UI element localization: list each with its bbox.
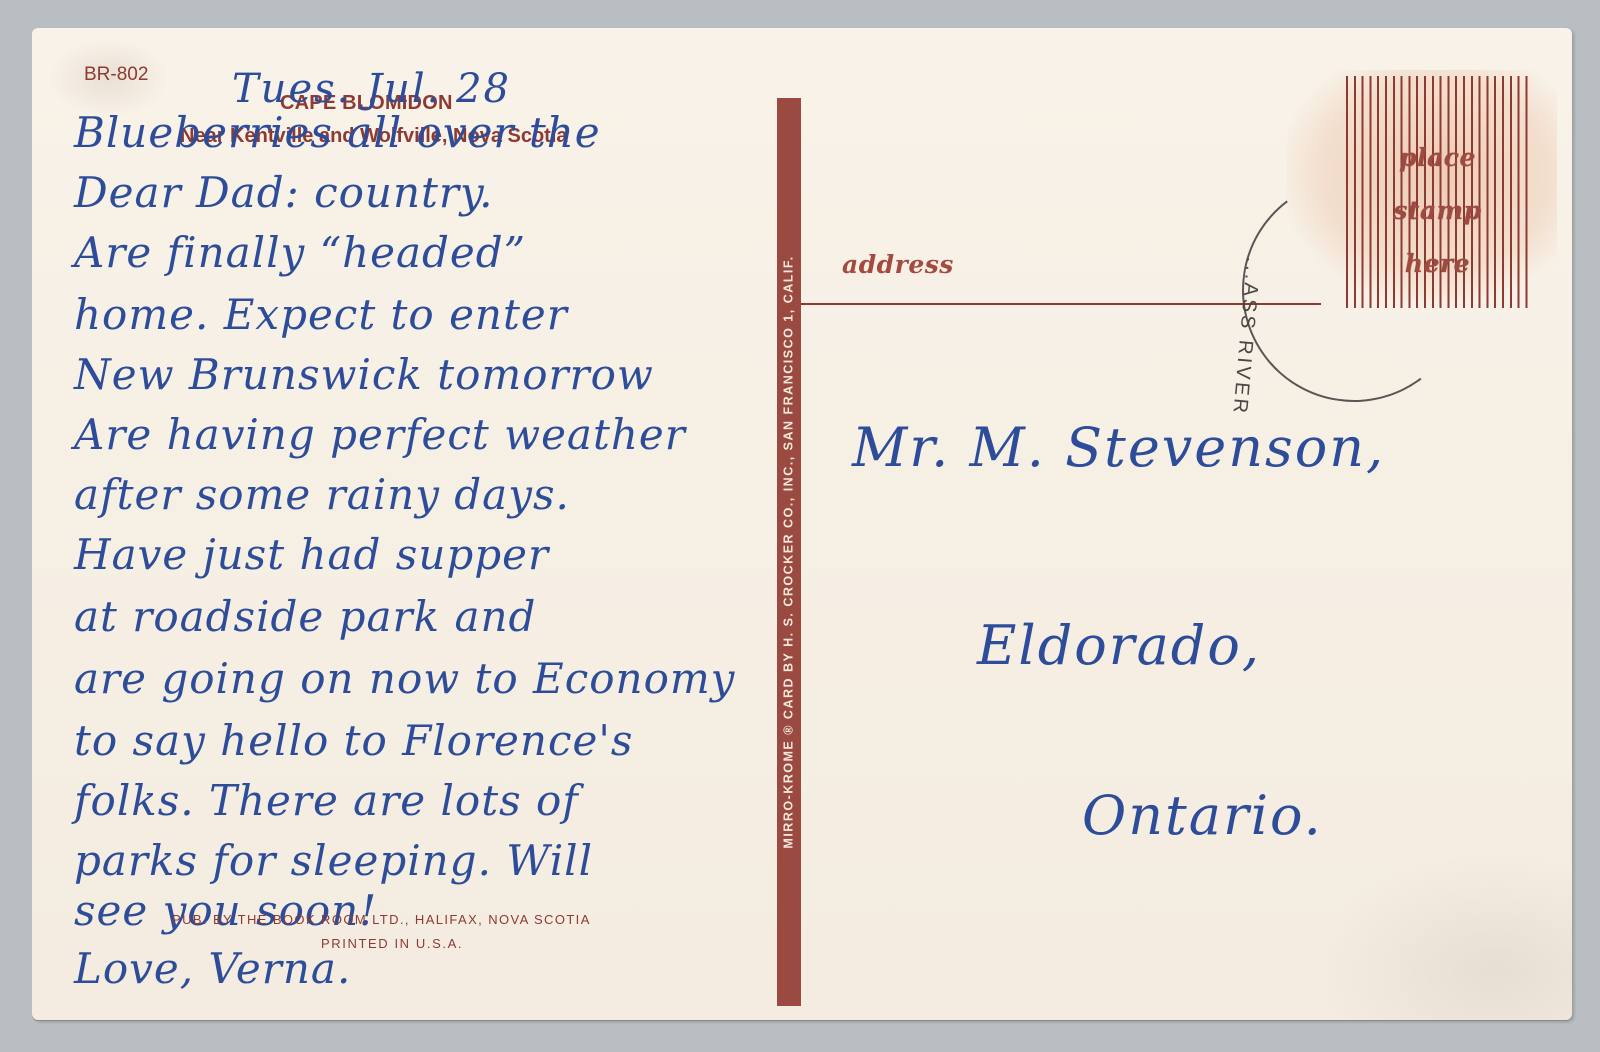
postcard-back: BR-802 CAPE BLOMIDON Near Kentville and … [32, 28, 1572, 1020]
message-line: home. Expect to enter [74, 290, 568, 339]
card-code: BR-802 [84, 64, 148, 86]
message-line: parks for sleeping. Will [74, 836, 593, 885]
message-line: are going on now to Economy [74, 654, 735, 703]
message-line: Have just had supper [74, 530, 549, 579]
recipient-city: Eldorado, [977, 614, 1261, 677]
message-line: Dear Dad: country. [74, 168, 493, 217]
message-line: Are finally “headed” [74, 228, 526, 277]
recipient-province: Ontario. [1082, 784, 1323, 847]
message-line: New Brunswick tomorrow [74, 350, 654, 399]
stamp-text-line: place [1346, 131, 1529, 184]
message-line: Blueberries all over the [74, 108, 601, 157]
printed-in: PRINTED IN U.S.A. [321, 936, 463, 951]
message-line: to say hello to Florence's [74, 716, 633, 765]
message-line: after some rainy days. [74, 470, 570, 519]
address-label: address [842, 250, 954, 279]
message-line: folks. There are lots of [74, 776, 579, 825]
recipient-name: Mr. M. Stevenson, [852, 416, 1385, 479]
message-line: Are having perfect weather [74, 410, 686, 459]
message-line: at roadside park and [74, 592, 536, 641]
message-date: Tues. Jul. 28 [232, 66, 511, 112]
divider-publisher-text: MIRRO-KROME ® CARD BY H. S. CROCKER CO.,… [782, 255, 796, 848]
message-line: see you soon! [74, 886, 377, 935]
center-divider: MIRRO-KROME ® CARD BY H. S. CROCKER CO.,… [777, 98, 801, 1006]
message-signature: Love, Verna. [74, 944, 351, 993]
publisher-credit: PUB. BY THE BOOK ROOM LTD., HALIFAX, NOV… [172, 912, 591, 927]
